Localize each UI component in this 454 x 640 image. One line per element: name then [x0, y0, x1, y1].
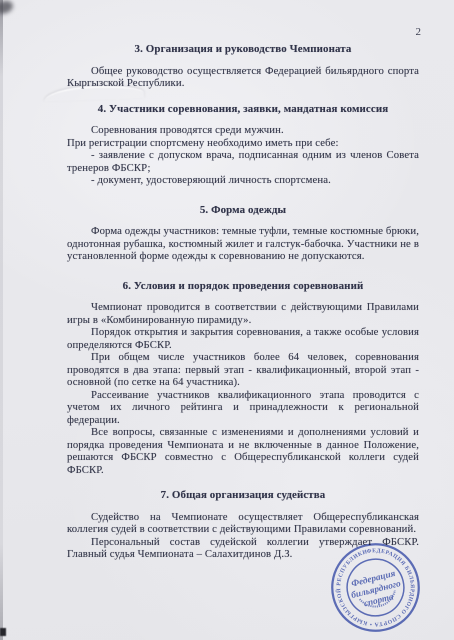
section-4-list-item: - документ, удостоверяющий личность спор… — [67, 174, 419, 187]
section-4-title: 4. Участники соревнования, заявки, манда… — [67, 103, 419, 116]
section-3-paragraph: Общее руководство осуществляется Федерац… — [67, 65, 419, 90]
section-4-list-item: - заявление с допуском врача, подписанна… — [67, 149, 419, 174]
section-5-paragraph: Форма одежды участников: темные туфли, т… — [67, 225, 419, 263]
section-6-paragraph: Порядок открытия и закрытия соревнования… — [67, 326, 419, 351]
document-body: 3. Организация и руководство Чемпионата … — [67, 22, 419, 561]
section-6-paragraph: Все вопросы, связанные с изменениями и д… — [67, 426, 419, 476]
scan-edge-artifact — [0, 0, 3, 640]
section-7-paragraph: Судейство на Чемпионате осуществляет Общ… — [67, 511, 419, 536]
scan-corner-artifact — [0, 628, 6, 636]
section-6-paragraph: При общем числе участников более 64 чело… — [67, 351, 419, 389]
stamp-graphic: ФЕДЕРАЦИЯ БИЛЬЯРДНОГО СПОРТА • КЫРГЫЗСКО… — [329, 541, 422, 634]
scanned-document-page: { "page": { "number": "2" }, "document":… — [0, 0, 454, 640]
section-7-title: 7. Общая организация судейства — [67, 489, 419, 502]
section-4-paragraph: При регистрации спортсмену необходимо им… — [67, 137, 419, 150]
federation-stamp: ФЕДЕРАЦИЯ БИЛЬЯРДНОГО СПОРТА • КЫРГЫЗСКО… — [329, 541, 422, 634]
section-6-paragraph: Рассеивание участников квалификационного… — [67, 389, 419, 427]
section-4-paragraph: Соревнования проводятся среди мужчин. — [67, 124, 419, 137]
section-5-title: 5. Форма одежды — [67, 204, 419, 217]
section-6-paragraph: Чемпионат проводится в соответствии с де… — [67, 301, 419, 326]
section-3-title: 3. Организация и руководство Чемпионата — [67, 43, 419, 56]
section-6-title: 6. Условия и порядок проведения соревнов… — [67, 280, 419, 293]
